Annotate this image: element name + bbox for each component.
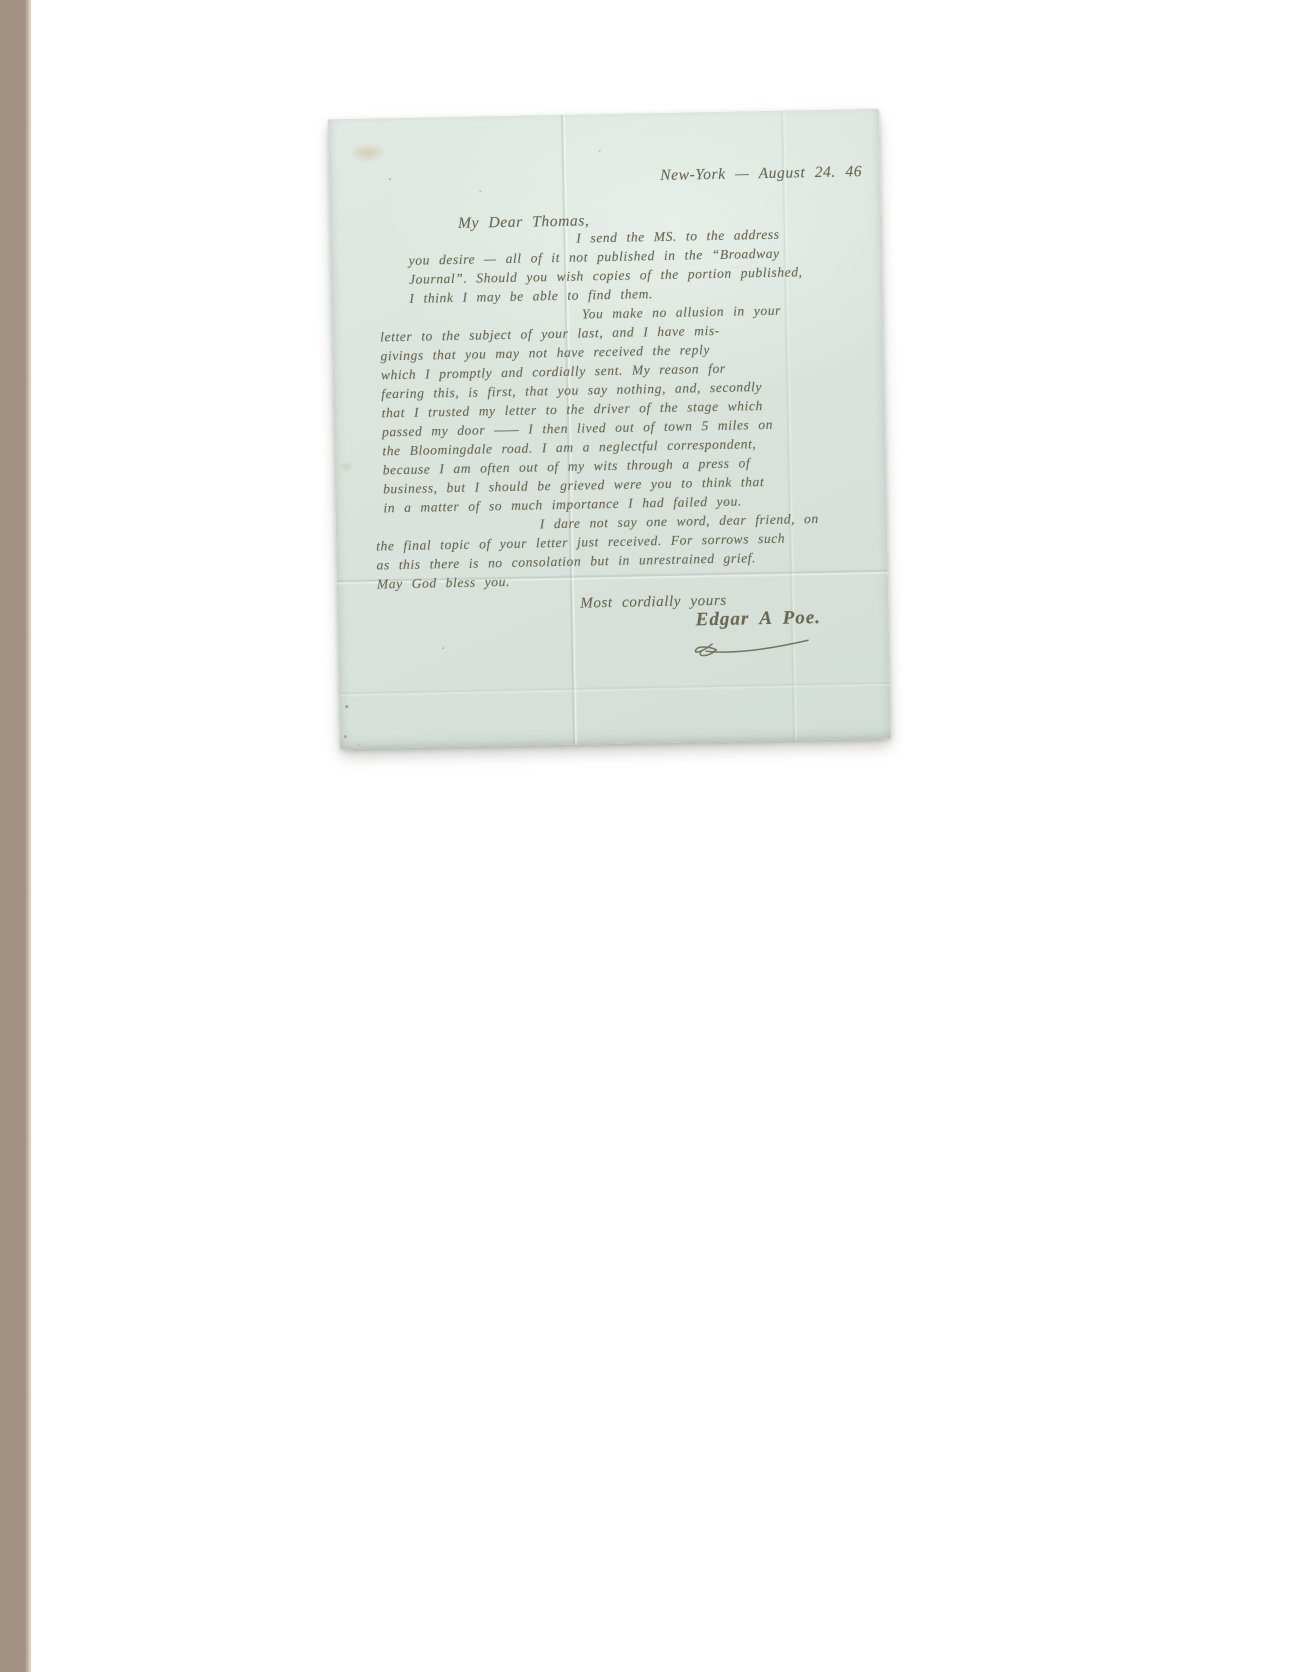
page-background: New-York — August 24. 46 My Dear Thomas,…	[0, 0, 1301, 1672]
letter-signature: Edgar A Poe.	[695, 607, 821, 631]
paper-specks	[345, 705, 348, 708]
fold-crease-horizontal-faint	[339, 681, 890, 698]
letter-paragraph: I dare not say one word, dear friend, on…	[376, 508, 877, 594]
paper-specks	[389, 178, 391, 180]
left-border-stripe	[0, 0, 31, 1672]
signature-flourish-icon	[690, 634, 812, 658]
letter-dateline: New-York — August 24. 46	[660, 163, 862, 185]
letter-paragraph: I send the MS. to the addressyou desire …	[408, 223, 871, 308]
letter-body: I send the MS. to the addressyou desire …	[370, 223, 877, 594]
letter-paragraph: You make no allusion in yourletter to th…	[380, 299, 876, 517]
paper-stain	[339, 461, 355, 472]
paper-stain	[348, 142, 386, 163]
letter-paper: New-York — August 24. 46 My Dear Thomas,…	[328, 109, 891, 749]
